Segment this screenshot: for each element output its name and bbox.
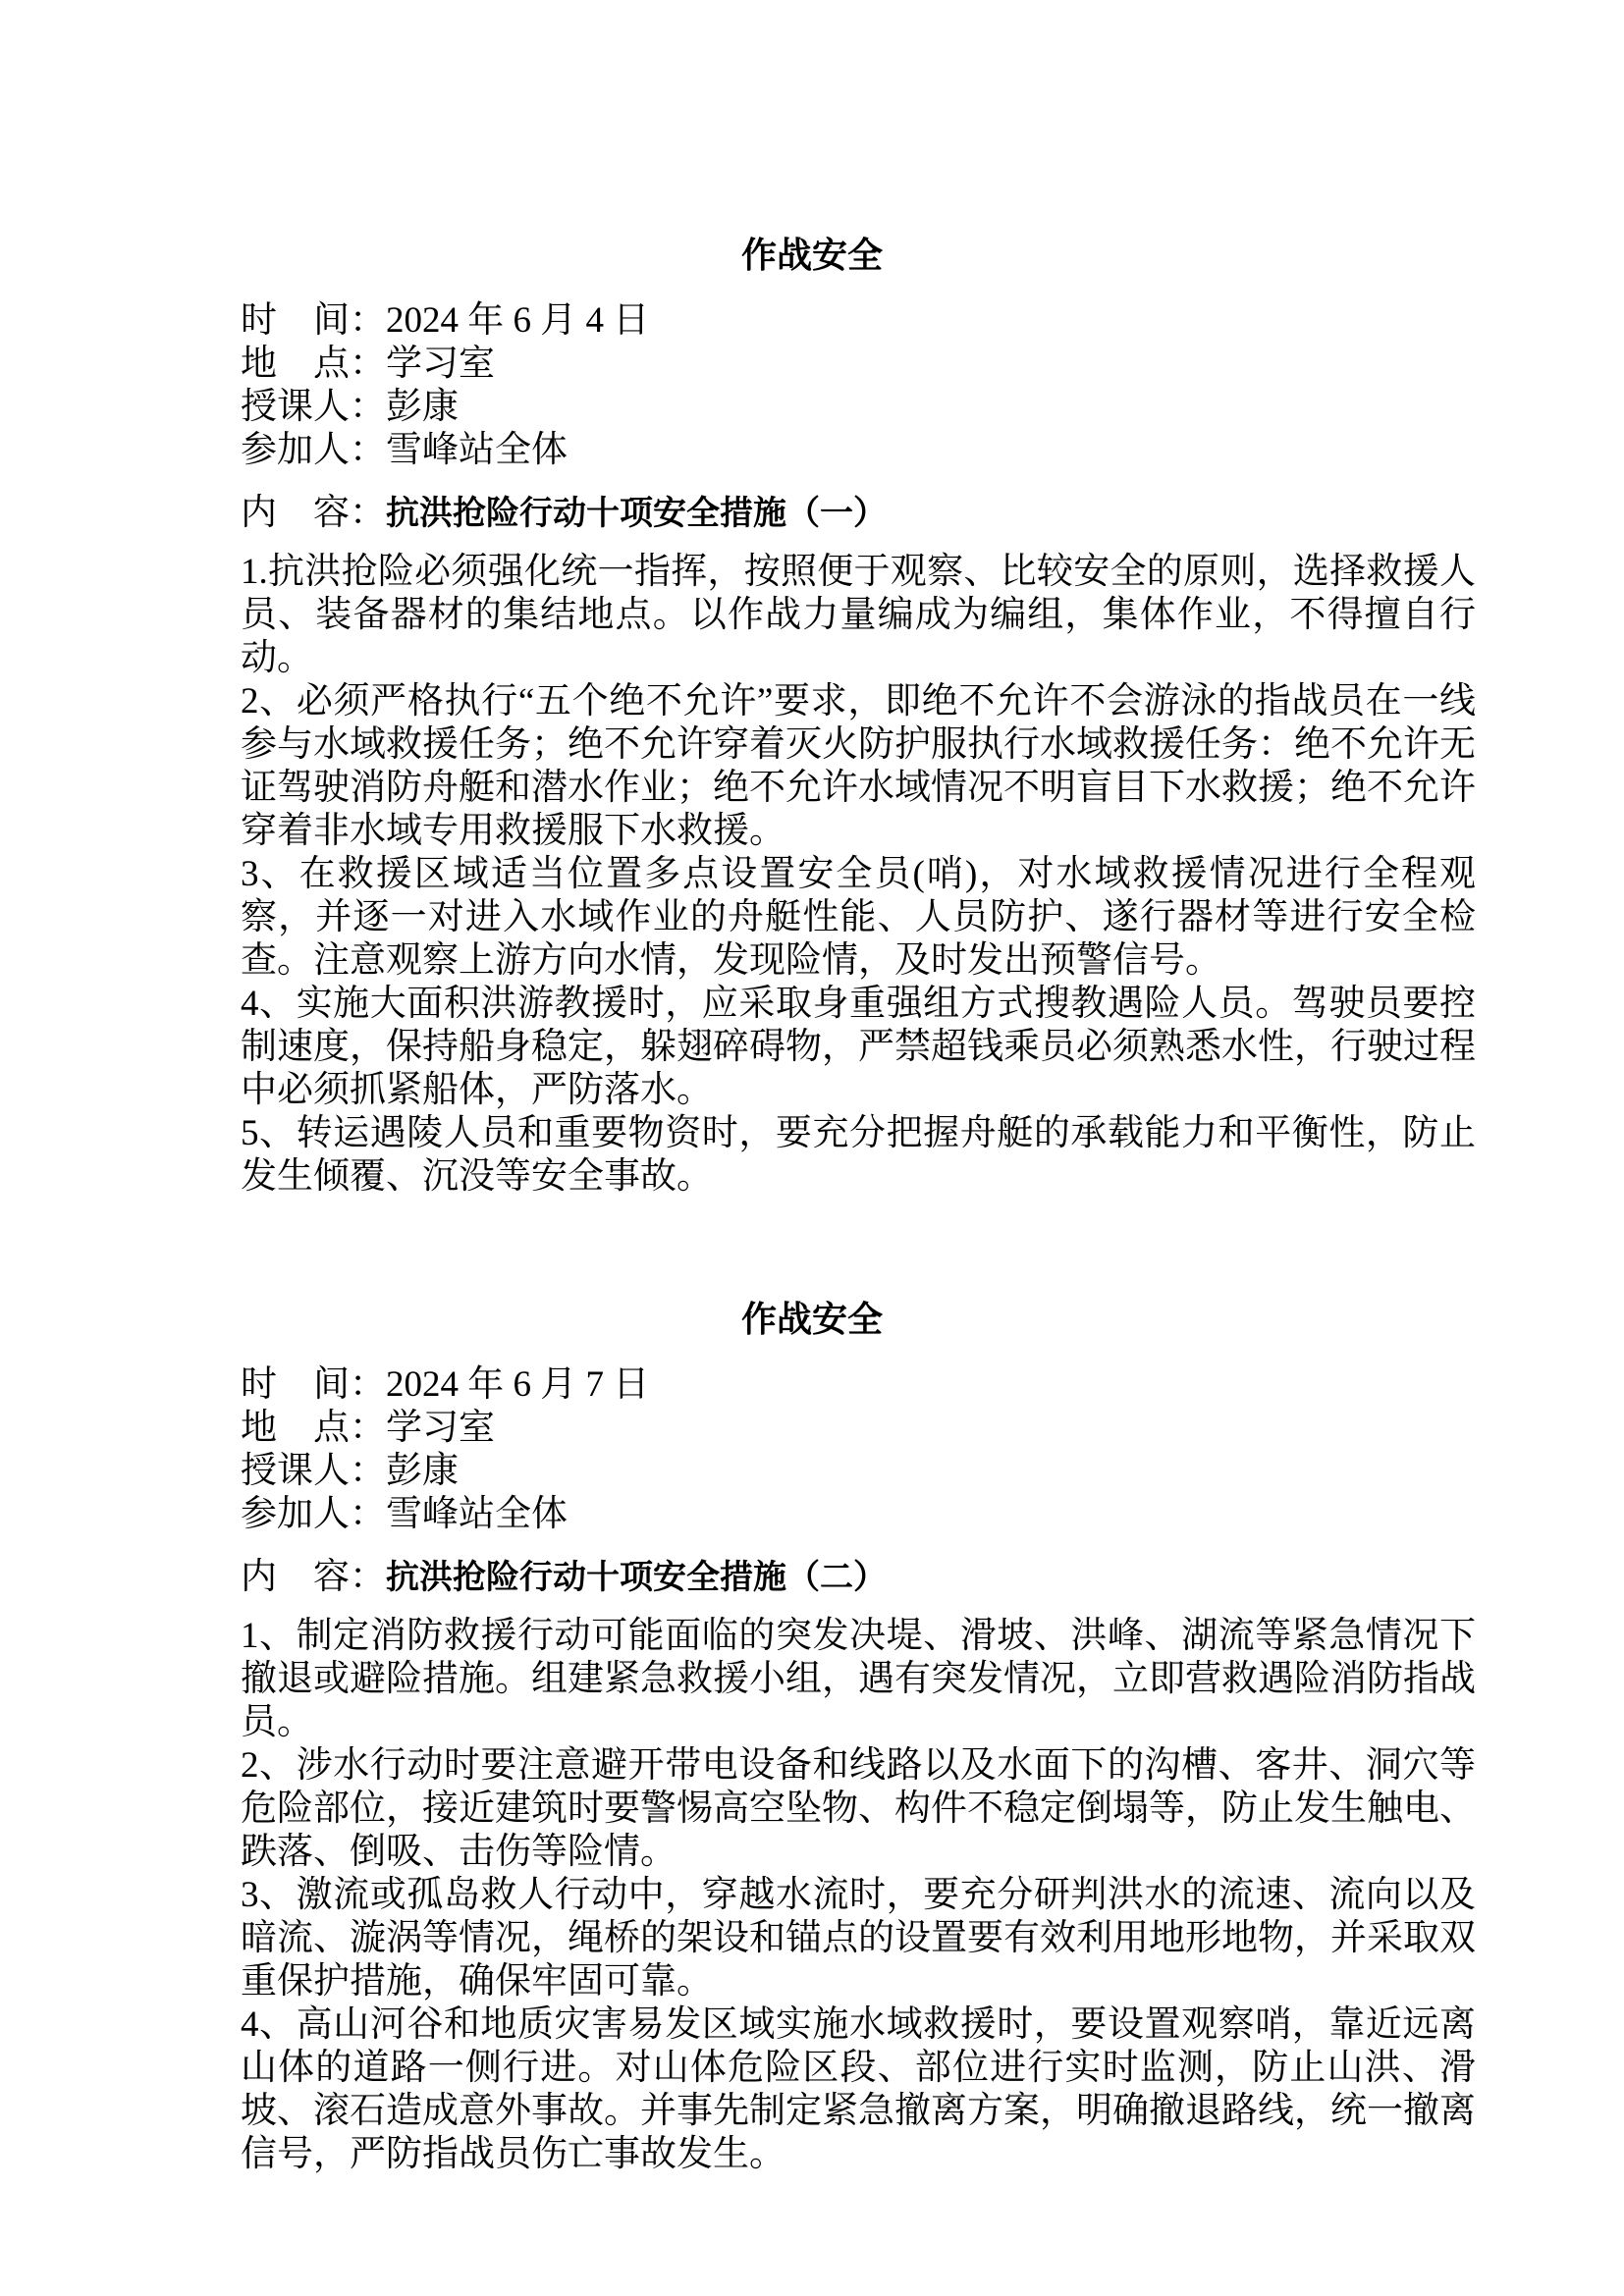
content-title: 抗洪抢险行动十项安全措施（二） bbox=[386, 1559, 887, 1596]
paragraph: 2、必须严格执行“五个绝不允许”要求，即绝不允许不会游泳的指战员在一线参与水域救… bbox=[241, 680, 1476, 853]
section-1-body: 1.抗洪抢险必须强化统一指挥，按照便于观察、比较安全的原则，选择救援人员、装备器… bbox=[241, 551, 1476, 1199]
meta-row-lecturer: 授课人：彭康 bbox=[241, 1450, 1476, 1493]
meta-row-participants: 参加人：雪峰站全体 bbox=[241, 429, 1476, 472]
meta-row-time: 时 间：2024 年 6 月 4 日 bbox=[241, 299, 1476, 343]
document-page: 作战安全 时 间：2024 年 6 月 4 日 地 点：学习室 授课人：彭康 参… bbox=[0, 0, 1624, 2296]
paragraph: 4、高山河谷和地质灾害易发区域实施水域救援时，要设置观察哨，靠近远离山体的道路一… bbox=[241, 2003, 1476, 2176]
meta-label-place: 地 点： bbox=[241, 344, 386, 384]
paragraph: 4、实施大面积洪游教援时，应采取身重强组方式搜教遇险人员。驾驶员要控制速度，保持… bbox=[241, 983, 1476, 1112]
meta-label-lecturer: 授课人： bbox=[241, 387, 386, 427]
paragraph: 2、涉水行动时要注意避开带电设备和线路以及水面下的沟槽、客井、洞穴等危险部位，接… bbox=[241, 1744, 1476, 1874]
meta-value-time: 2024 年 6 月 7 日 bbox=[386, 1364, 649, 1405]
section-2-meta: 时 间：2024 年 6 月 7 日 地 点：学习室 授课人：彭康 参加人：雪峰… bbox=[241, 1363, 1476, 1536]
meta-value-place: 学习室 bbox=[386, 1408, 495, 1448]
meta-value-participants: 雪峰站全体 bbox=[386, 1494, 568, 1534]
lecture-record-1: 作战安全 时 间：2024 年 6 月 4 日 地 点：学习室 授课人：彭康 参… bbox=[241, 233, 1476, 1199]
meta-value-lecturer: 彭康 bbox=[386, 387, 459, 427]
meta-row-place: 地 点：学习室 bbox=[241, 1407, 1476, 1450]
section-2-content-heading: 内 容：抗洪抢险行动十项安全措施（二） bbox=[241, 1556, 1476, 1599]
meta-value-participants: 雪峰站全体 bbox=[386, 430, 568, 470]
meta-row-lecturer: 授课人：彭康 bbox=[241, 386, 1476, 429]
meta-row-time: 时 间：2024 年 6 月 7 日 bbox=[241, 1363, 1476, 1407]
content-title: 抗洪抢险行动十项安全措施（一） bbox=[386, 495, 887, 532]
meta-label-place: 地 点： bbox=[241, 1408, 386, 1448]
meta-label-participants: 参加人： bbox=[241, 430, 386, 470]
paragraph: 5、转运遇陵人员和重要物资时，要充分把握舟艇的承载能力和平衡性，防止发生倾覆、沉… bbox=[241, 1112, 1476, 1199]
meta-label-lecturer: 授课人： bbox=[241, 1451, 386, 1491]
section-2-body: 1、制定消防救援行动可能面临的突发决堤、滑坡、洪峰、湖流等紧急情况下撤退或避险措… bbox=[241, 1615, 1476, 2176]
meta-label-participants: 参加人： bbox=[241, 1494, 386, 1534]
content-label: 内 容： bbox=[241, 1557, 386, 1597]
content-label: 内 容： bbox=[241, 493, 386, 533]
document-sheet: 作战安全 时 间：2024 年 6 月 4 日 地 点：学习室 授课人：彭康 参… bbox=[0, 0, 1624, 2176]
meta-row-participants: 参加人：雪峰站全体 bbox=[241, 1493, 1476, 1536]
meta-value-lecturer: 彭康 bbox=[386, 1451, 459, 1491]
section-2-title: 作战安全 bbox=[0, 1297, 1624, 1342]
meta-value-place: 学习室 bbox=[386, 344, 495, 384]
meta-value-time: 2024 年 6 月 4 日 bbox=[386, 300, 649, 341]
meta-label-time: 时 间： bbox=[241, 1364, 386, 1405]
section-1-title: 作战安全 bbox=[0, 233, 1624, 278]
meta-row-place: 地 点：学习室 bbox=[241, 343, 1476, 386]
meta-label-time: 时 间： bbox=[241, 300, 386, 341]
section-1-meta: 时 间：2024 年 6 月 4 日 地 点：学习室 授课人：彭康 参加人：雪峰… bbox=[241, 299, 1476, 472]
paragraph: 1.抗洪抢险必须强化统一指挥，按照便于观察、比较安全的原则，选择救援人员、装备器… bbox=[241, 551, 1476, 680]
paragraph: 3、在救援区域适当位置多点设置安全员(哨)，对水域救援情况进行全程观察，并逐一对… bbox=[241, 853, 1476, 983]
paragraph: 1、制定消防救援行动可能面临的突发决堤、滑坡、洪峰、湖流等紧急情况下撤退或避险措… bbox=[241, 1615, 1476, 1744]
section-1-content-heading: 内 容：抗洪抢险行动十项安全措施（一） bbox=[241, 492, 1476, 535]
lecture-record-2: 作战安全 时 间：2024 年 6 月 7 日 地 点：学习室 授课人：彭康 参… bbox=[241, 1297, 1476, 2176]
paragraph: 3、激流或孤岛救人行动中，穿越水流时，要充分研判洪水的流速、流向以及暗流、漩涡等… bbox=[241, 1874, 1476, 2003]
